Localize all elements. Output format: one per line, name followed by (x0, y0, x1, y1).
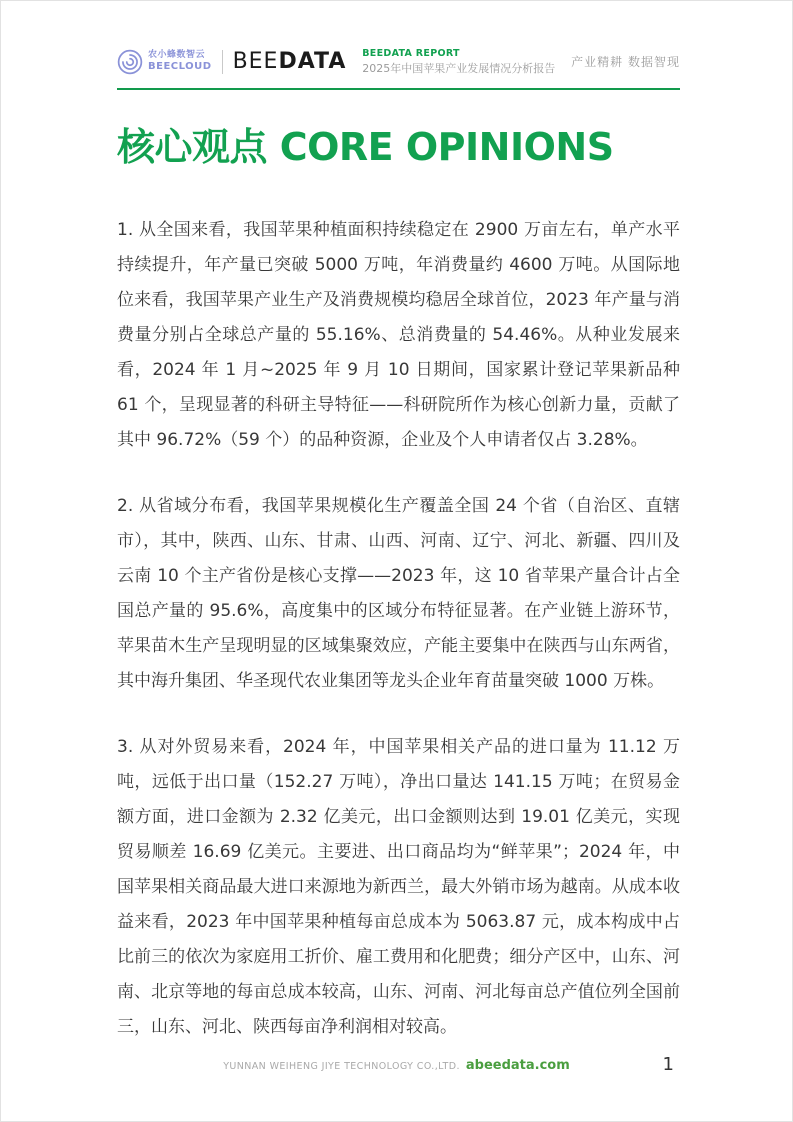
footer-website: abeedata.com (466, 1058, 570, 1073)
body-paragraph-2: 2. 从省域分布看，我国苹果规模化生产覆盖全国 24 个省（自治区、直辖市），其… (117, 489, 680, 699)
logo-sub-name: BEECLOUD (148, 61, 212, 72)
report-label: BEEDATA REPORT (362, 47, 555, 61)
page-header: 农小蜂数智云 BEECLOUD BEEDATA BEEDATA REPORT 2… (117, 1, 680, 90)
beecloud-spiral-icon (117, 49, 143, 75)
logo-cn-name: 农小蜂数智云 (148, 51, 212, 61)
beecloud-logo-text: 农小蜂数智云 BEECLOUD (148, 51, 212, 72)
body-paragraph-3: 3. 从对外贸易来看，2024 年，中国苹果相关产品的进口量为 11.12 万吨… (117, 730, 680, 1045)
logo-divider (222, 50, 223, 74)
page-title: 核心观点 CORE OPINIONS (117, 116, 680, 171)
beecloud-logo: 农小蜂数智云 BEECLOUD BEEDATA (117, 49, 346, 75)
body-text: 1. 从全国来看，我国苹果种植面积持续稳定在 2900 万亩左右，单产水平持续提… (117, 213, 680, 1045)
page-number: 1 (663, 1054, 674, 1075)
brand-bold: DATA (278, 49, 346, 74)
report-info: BEEDATA REPORT 2025年中国苹果产业发展情况分析报告 (362, 47, 555, 77)
report-title: 2025年中国苹果产业发展情况分析报告 (362, 61, 555, 77)
beedata-wordmark: BEEDATA (233, 49, 347, 74)
body-paragraph-1: 1. 从全国来看，我国苹果种植面积持续稳定在 2900 万亩左右，单产水平持续提… (117, 213, 680, 458)
header-slogan: 产业精耕 数据智现 (571, 53, 680, 70)
page-footer: YUNNAN WEIHENG JIYE TECHNOLOGY CO.,LTD.a… (1, 1054, 792, 1073)
footer-company: YUNNAN WEIHENG JIYE TECHNOLOGY CO.,LTD. (223, 1061, 460, 1072)
brand-light: BEE (233, 49, 279, 74)
report-page: 农小蜂数智云 BEECLOUD BEEDATA BEEDATA REPORT 2… (0, 0, 793, 1122)
